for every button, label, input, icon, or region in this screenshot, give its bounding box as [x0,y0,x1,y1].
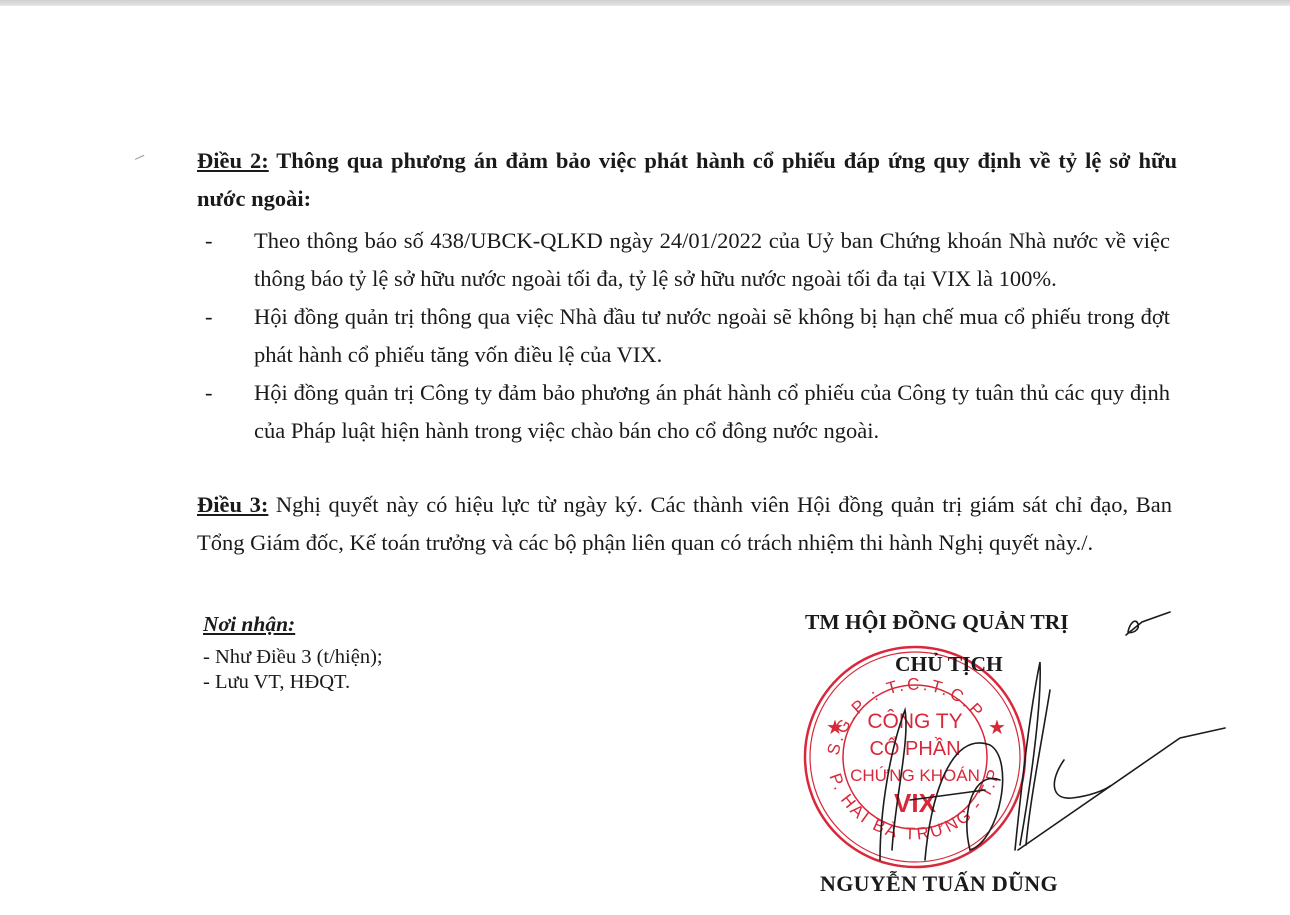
article-3-label: Điều 3: [197,492,268,517]
article-2-bullet-list: - Theo thông báo số 438/UBCK-QLKD ngày 2… [205,222,1170,450]
bullet-item: - Hội đồng quản trị thông qua việc Nhà đ… [205,298,1170,374]
bullet-dash: - [205,222,254,298]
bullet-item: - Theo thông báo số 438/UBCK-QLKD ngày 2… [205,222,1170,298]
article-2-heading-text: Thông qua phương án đảm bảo việc phát hà… [197,148,1177,211]
handwritten-signature [850,650,1250,890]
recipients-title: Nơi nhận: [203,612,383,637]
article-2-heading: Điều 2: Thông qua phương án đảm bảo việc… [197,142,1177,218]
recipient-item: - Như Điều 3 (t/hiện); [203,645,383,670]
article-3-text: Nghị quyết này có hiệu lực từ ngày ký. C… [197,492,1172,555]
signer-name: NGUYỄN TUẤN DŨNG [820,871,1058,897]
bullet-text: Hội đồng quản trị Công ty đảm bảo phương… [254,374,1170,450]
recipients-block: Nơi nhận: - Như Điều 3 (t/hiện); - Lưu V… [203,612,383,695]
recipient-item: - Lưu VT, HĐQT. [203,670,383,695]
article-3-paragraph: Điều 3: Nghị quyết này có hiệu lực từ ng… [197,486,1172,562]
bullet-dash: - [205,374,254,450]
bullet-dash: - [205,298,254,374]
bullet-text: Theo thông báo số 438/UBCK-QLKD ngày 24/… [254,222,1170,298]
bullet-item: - Hội đồng quản trị Công ty đảm bảo phươ… [205,374,1170,450]
article-2-label: Điều 2: [197,148,269,173]
document-page: Điều 2: Thông qua phương án đảm bảo việc… [0,0,1290,915]
bullet-text: Hội đồng quản trị thông qua việc Nhà đầu… [254,298,1170,374]
paraph-mark [1120,608,1180,638]
star-icon: ★ [826,717,844,739]
